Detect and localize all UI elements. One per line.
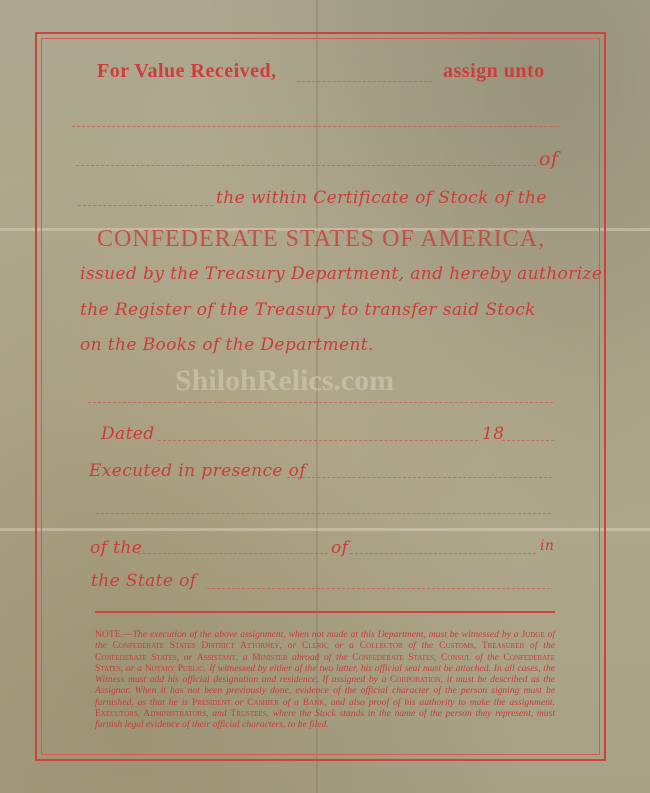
note-body: The execution of the above assignment, w… xyxy=(95,629,555,730)
note-segment: Collector xyxy=(360,640,403,651)
note-segment: Confederate States, Consul xyxy=(352,652,470,663)
note-segment: of the xyxy=(524,640,555,651)
note-segment: Customs, Treasurer xyxy=(439,640,524,651)
witness-blank-1[interactable] xyxy=(287,477,552,478)
note-segment: Notary Public xyxy=(145,663,204,674)
date-blank[interactable] xyxy=(158,440,478,441)
note-segment: , or xyxy=(177,652,197,663)
in-label: in xyxy=(540,538,554,554)
note-segment: or xyxy=(231,697,247,708)
note-segment: , or a xyxy=(121,663,145,674)
note-segment: Judge xyxy=(521,629,544,640)
of-label: of xyxy=(539,148,558,170)
attorney-blank[interactable] xyxy=(88,402,553,403)
certificate-text: the within Certificate of Stock of the xyxy=(216,188,547,208)
note-segment: , and also proof of his authority to mak… xyxy=(324,697,555,708)
note-segment: Clerk xyxy=(302,640,327,651)
shares-blank[interactable] xyxy=(78,205,213,206)
note-segment: Assistant xyxy=(197,652,236,663)
assignor-blank[interactable] xyxy=(297,81,432,82)
year-prefix: 18 xyxy=(482,424,504,444)
note-segment: of a xyxy=(279,697,303,708)
note-segment: of the xyxy=(471,652,504,663)
note-lead: NOTE.— xyxy=(95,629,133,640)
of-the-blank[interactable] xyxy=(138,553,328,554)
witness-blank-2[interactable] xyxy=(96,513,551,514)
watermark: ShilohRelics.com xyxy=(175,364,394,398)
heading-for-value-received: For Value Received, xyxy=(97,60,277,83)
note-segment: abroad of the xyxy=(288,652,353,663)
year-blank[interactable] xyxy=(502,440,554,441)
assignee-blank-1[interactable] xyxy=(72,126,557,127)
note-segment: President xyxy=(192,697,231,708)
note-segment: Minister xyxy=(252,652,287,663)
confederate-states-heading: CONFEDERATE STATES OF AMERICA, xyxy=(97,226,545,253)
note-segment: Confederate States District Attorney xyxy=(113,640,280,651)
register-text: the Register of the Treasury to transfer… xyxy=(80,300,536,320)
place-blank[interactable] xyxy=(350,553,536,554)
note-segment: , a xyxy=(236,652,252,663)
note-segment: , or xyxy=(279,640,302,651)
heading-assign-unto: assign unto xyxy=(443,60,545,83)
note-segment: The execution of the above assignment, w… xyxy=(133,629,522,640)
note-segment: Cashier xyxy=(247,697,279,708)
note-segment: Trustees xyxy=(230,708,266,719)
note-segment: , and xyxy=(206,708,230,719)
executed-label: Executed in presence of xyxy=(89,461,306,481)
issued-text: issued by the Treasury Department, and h… xyxy=(80,264,602,284)
divider-rule xyxy=(95,611,555,613)
note-segment: , or a xyxy=(327,640,360,651)
books-text: on the Books of the Department. xyxy=(80,335,374,355)
note-segment: Bank xyxy=(303,697,325,708)
state-blank[interactable] xyxy=(207,588,550,589)
of-mid-label: of xyxy=(331,538,348,558)
note-segment: Confederate States xyxy=(95,652,177,663)
note-segment: of the xyxy=(403,640,440,651)
note-segment: Corporation xyxy=(390,674,441,685)
assignee-blank-2[interactable] xyxy=(76,165,536,166)
dated-label: Dated xyxy=(101,424,155,444)
note-segment: Executors, Administrators xyxy=(95,708,206,719)
of-the-label: of the xyxy=(90,538,142,558)
state-label: the State of xyxy=(91,571,196,591)
legal-note: NOTE.—The execution of the above assignm… xyxy=(95,629,555,731)
